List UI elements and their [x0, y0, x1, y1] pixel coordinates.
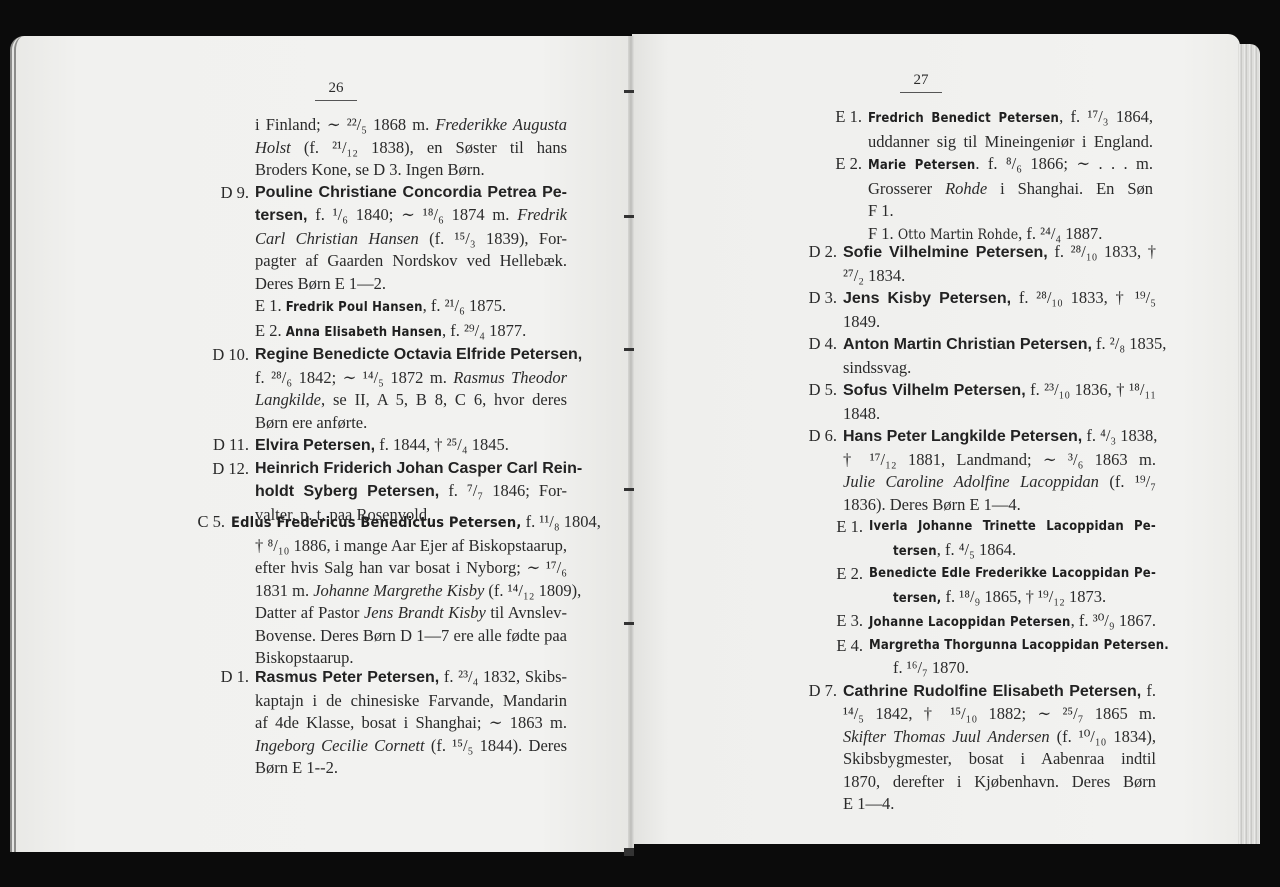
text-line: f. ²⁸/₆ 1842; ∼ ¹⁴/₅ 1872 m. Rasmus Theo… — [255, 367, 567, 390]
left-page-text-d1: D 1. Rasmus Peter Petersen, f. ²³/₄ 1832… — [255, 666, 567, 780]
text-line: Fredrich Benedict Petersen, f. ¹⁷/₃ 1864… — [868, 106, 1153, 131]
text-line: † ⁸/₁₀ 1886, i mange Aar Ejer af Biskops… — [255, 535, 567, 558]
entry-label: D 4. — [809, 333, 837, 356]
binding-thread-mark — [624, 348, 634, 351]
entry-label: D 6. — [809, 425, 837, 448]
entry-d10: D 10. Regine Benedicte Octavia Elfride P… — [255, 344, 567, 434]
entry-label: E 3. — [836, 610, 863, 633]
page-number-rule — [900, 92, 942, 93]
entry-d5: D 5. Sofus Vilhelm Petersen, f. ²³/₁₀ 18… — [843, 379, 1156, 425]
text-line: kaptajn i de chinesiske Farvande, Mandar… — [255, 690, 567, 713]
entry-label: E 2. — [836, 563, 863, 586]
text-line: Deres Børn E 1—2. — [255, 273, 567, 296]
text-line: Rasmus Peter Petersen, f. ²³/₄ 1832, Ski… — [255, 666, 567, 690]
entry-d3: D 3. Jens Kisby Petersen, f. ²⁸/₁₀ 1833,… — [843, 287, 1156, 333]
binding-thread-mark — [624, 848, 634, 856]
page-number-text: 27 — [914, 72, 929, 88]
text-line: Hans Peter Langkilde Petersen, f. ⁴/₃ 18… — [843, 425, 1156, 449]
child-entry-e2: E 2. Anna Elisabeth Hansen, f. ²⁹/₄ 1877… — [255, 320, 567, 345]
entry-label: D 2. — [809, 241, 837, 264]
entry-d2: D 2. Sofie Vilhelmine Petersen, f. ²⁸/₁₀… — [843, 241, 1156, 287]
text-line: Elvira Petersen, f. 1844, † ²⁵/₄ 1845. — [255, 434, 567, 458]
text-line: Johanne Lacoppidan Petersen, f. ³⁰/₉ 186… — [869, 610, 1156, 635]
text-line: Holst (f. ²¹/₁₂ 1838), en Søster til han… — [255, 137, 567, 160]
entry-label: E 1. — [836, 516, 863, 539]
entry-label: E 2. — [835, 153, 862, 176]
text-line: ¹⁴/₅ 1842, † ¹⁵/₁₀ 1882; ∼ ²⁵/₇ 1865 m. — [843, 703, 1156, 726]
entry-label: D 10. — [212, 344, 249, 367]
text-line: efter hvis Salg han var bosat i Nyborg; … — [255, 557, 567, 580]
entry-label: E 4. — [836, 635, 863, 658]
text-line: Cathrine Rudolfine Elisabeth Petersen, f… — [843, 680, 1156, 704]
entry-name: Pouline Christiane Concordia Petrea Pe- — [255, 182, 567, 205]
text-line: Margretha Thorgunna Lacoppidan Petersen. — [869, 635, 1156, 658]
entry-label: C 5. — [197, 511, 225, 534]
child-entry-e1: E 1. Fredrik Poul Hansen, f. ²¹/₆ 1875. — [255, 295, 567, 320]
text-line: Datter af Pastor Jens Brandt Kisby til A… — [255, 602, 567, 625]
page-edges — [1238, 44, 1260, 844]
entry-e1: E 1. Fredrich Benedict Petersen, f. ¹⁷/₃… — [868, 106, 1153, 153]
text-line: sindssvag. — [843, 357, 1156, 380]
text-line: Børn ere anførte. — [255, 412, 567, 435]
text-line: 1848. — [843, 403, 1156, 426]
text-line: Marie Petersen. f. ⁸/₆ 1866; ∼ . . . m. — [868, 153, 1153, 178]
child-entry-e1: E 1. Iverla Johanne Trinette Lacoppidan … — [869, 516, 1156, 563]
right-page-text-e: E 1. Fredrich Benedict Petersen, f. ¹⁷/₃… — [868, 106, 1153, 246]
text-line: holdt Syberg Petersen, f. ⁷/₇ 1846; For- — [255, 480, 567, 504]
text-line: 1831 m. Johanne Margrethe Kisby (f. ¹⁴/₁… — [255, 580, 567, 603]
entry-c5: C 5. Edlus Fredericus Benedictus Peterse… — [231, 511, 567, 670]
text-line: Benedicte Edle Frederikke Lacoppidan Pe- — [869, 563, 1156, 586]
text-line: Ingeborg Cecilie Cornett (f. ¹⁵/₅ 1844).… — [255, 735, 567, 758]
text-line: uddanner sig til Mineingeniør i England. — [868, 131, 1153, 154]
entry-label: D 1. — [221, 666, 249, 689]
entry-label: D 3. — [809, 287, 837, 310]
left-page-text-c5: C 5. Edlus Fredericus Benedictus Peterse… — [231, 511, 567, 670]
text-line: 1870, derefter i Kjøbenhavn. Deres Børn — [843, 771, 1156, 794]
text-line: tersen, f. ¹⁸/₉ 1865, † ¹⁹/₁₂ 1873. — [869, 586, 1156, 611]
text-line: † ¹⁷/₁₂ 1881, Landmand; ∼ ³/₆ 1863 m. — [843, 449, 1156, 472]
entry-d11: D 11. Elvira Petersen, f. 1844, † ²⁵/₄ 1… — [255, 434, 567, 458]
text-line: tersen, f. ¹/₆ 1840; ∼ ¹⁸/₆ 1874 m. Fred… — [255, 204, 567, 228]
book-spine — [628, 36, 634, 856]
text-line: af 4de Klasse, bosat i Shanghai; ∼ 1863 … — [255, 712, 567, 735]
text-line: tersen, f. ⁴/₅ 1864. — [869, 539, 1156, 564]
entry-body: † ⁸/₁₀ 1886, i mange Aar Ejer af Biskops… — [231, 535, 567, 670]
child-entry-e3: E 3. Johanne Lacoppidan Petersen, f. ³⁰/… — [869, 610, 1156, 635]
binding-thread-mark — [624, 622, 634, 625]
text-line: Carl Christian Hansen (f. ¹⁵/₃ 1839), Fo… — [255, 228, 567, 251]
text-line: Børn E 1--2. — [255, 757, 567, 780]
entry-label: D 5. — [809, 379, 837, 402]
text-line: Skibsbygmester, bosat i Aabenraa indtil — [843, 748, 1156, 771]
right-page-text-d: D 2. Sofie Vilhelmine Petersen, f. ²⁸/₁₀… — [843, 241, 1156, 816]
text-line: F 1. — [868, 200, 1153, 223]
entry-d6: D 6. Hans Peter Langkilde Petersen, f. ⁴… — [843, 425, 1156, 680]
text-line: f. ¹⁶/₇ 1870. — [869, 657, 1156, 680]
text-line: Langkilde, se II, A 5, B 8, C 6, hvor de… — [255, 389, 567, 412]
entry-name: Heinrich Friderich Johan Casper Carl Rei… — [255, 458, 567, 481]
entry-d1: D 1. Rasmus Peter Petersen, f. ²³/₄ 1832… — [255, 666, 567, 780]
entry-name: Regine Benedicte Octavia Elfride Peterse… — [255, 344, 567, 367]
left-page-text: i Finland; ∼ ²²/₅ 1868 m. Frederikke Aug… — [255, 114, 567, 526]
child-entry-e2: E 2. Benedicte Edle Frederikke Lacoppida… — [869, 563, 1156, 610]
open-book: 26 i Finland; ∼ ²²/₅ 1868 m. Frederikke … — [0, 0, 1280, 887]
binding-thread-mark — [624, 488, 634, 491]
binding-thread-mark — [624, 90, 634, 93]
entry-label: E 1. — [835, 106, 862, 129]
text-line: 1836). Deres Børn E 1—4. — [843, 494, 1156, 517]
page-number-right: 27 — [891, 72, 951, 93]
text-line: Julie Caroline Adolfine Lacoppidan (f. ¹… — [843, 471, 1156, 494]
page-number-left: 26 — [306, 80, 366, 101]
text-line: Edlus Fredericus Benedictus Petersen, f.… — [231, 511, 567, 535]
entry-label: D 11. — [213, 434, 249, 457]
entry-label: D 7. — [809, 680, 837, 703]
text-line: ²⁷/₂ 1834. — [843, 265, 1156, 288]
d6-children: E 1. Iverla Johanne Trinette Lacoppidan … — [843, 516, 1156, 680]
text-line: Iverla Johanne Trinette Lacoppidan Pe- — [869, 516, 1156, 539]
text-line: Bovense. Deres Børn D 1—7 ere alle fødte… — [255, 625, 567, 648]
text-line: Sofie Vilhelmine Petersen, f. ²⁸/₁₀ 1833… — [843, 241, 1156, 265]
entry-e2: E 2. Marie Petersen. f. ⁸/₆ 1866; ∼ . . … — [868, 153, 1153, 246]
page-number-rule — [315, 100, 357, 101]
entry-label: D 12. — [212, 458, 249, 481]
text-line: i Finland; ∼ ²²/₅ 1868 m. Frederikke Aug… — [255, 114, 567, 137]
entry-d4: D 4. Anton Martin Christian Petersen, f.… — [843, 333, 1156, 379]
text-line: Anton Martin Christian Petersen, f. ²/₈ … — [843, 333, 1156, 357]
text-line: Jens Kisby Petersen, f. ²⁸/₁₀ 1833, † ¹⁹… — [843, 287, 1156, 311]
text-line: 1849. — [843, 311, 1156, 334]
text-line: Broders Kone, se D 3. Ingen Børn. — [255, 159, 567, 182]
entry-d7: D 7. Cathrine Rudolfine Elisabeth Peters… — [843, 680, 1156, 816]
child-entry-e4: E 4. Margretha Thorgunna Lacoppidan Pete… — [869, 635, 1156, 680]
text-line: Grosserer Rohde i Shanghai. En Søn — [868, 178, 1153, 201]
text-line: Sofus Vilhelm Petersen, f. ²³/₁₀ 1836, †… — [843, 379, 1156, 403]
text-line: E 1—4. — [843, 793, 1156, 816]
text-line: Skifter Thomas Juul Andersen (f. ¹⁰/₁₀ 1… — [843, 726, 1156, 749]
text-line: pagter af Gaarden Nordskov ved Hellebæk. — [255, 250, 567, 273]
binding-thread-mark — [624, 215, 634, 218]
entry-d9: D 9. Pouline Christiane Concordia Petrea… — [255, 182, 567, 345]
page-number-text: 26 — [329, 80, 344, 96]
entry-label: D 9. — [221, 182, 249, 205]
